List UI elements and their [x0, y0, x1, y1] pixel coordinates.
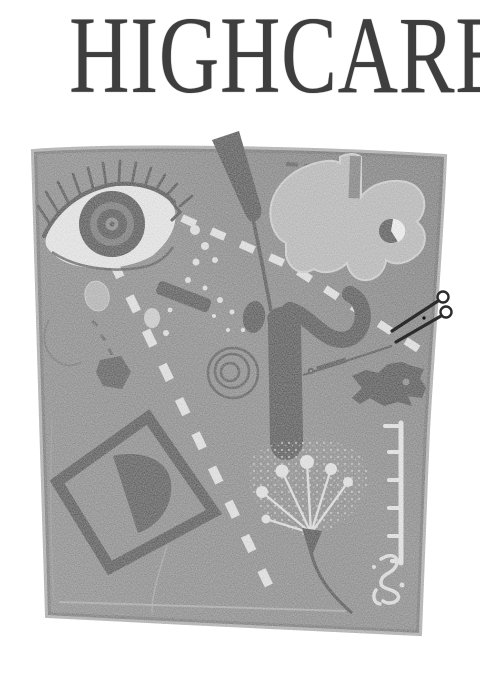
logo-title-row: HIGHCARE: [0, 0, 480, 110]
logo-title: HIGHCARE: [69, 0, 480, 110]
blob-notch: [349, 156, 361, 198]
tear-blob: [144, 308, 160, 328]
logo-image: HIGHCARE: [0, 0, 480, 678]
animal-notch: [403, 379, 410, 386]
eye-iris: [79, 191, 145, 257]
fabric-canvas: [34, 131, 444, 633]
